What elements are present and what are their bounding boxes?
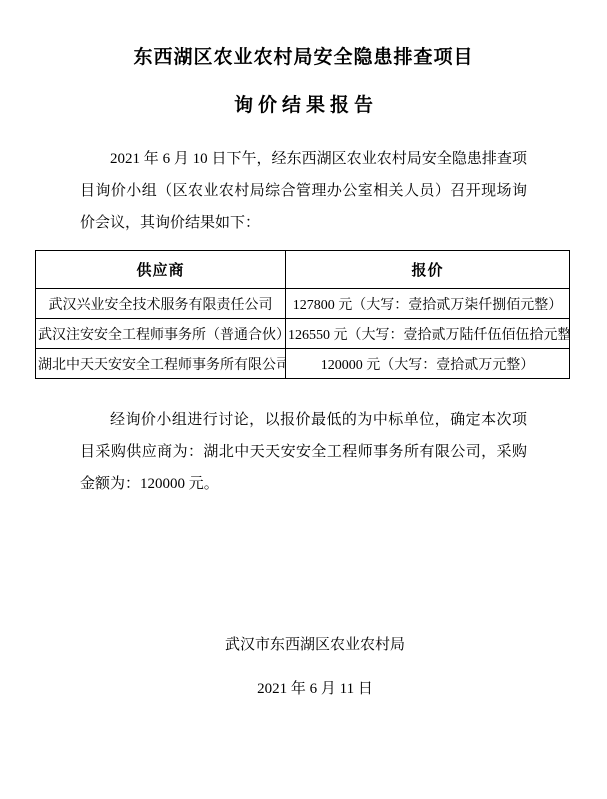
supplier-cell: 武汉兴业安全技术服务有限责任公司 (36, 289, 286, 319)
supplier-column-header: 供应商 (36, 251, 286, 289)
table-header-row: 供应商 报价 (36, 251, 570, 289)
document-title-line1: 东西湖区农业农村局安全隐患排查项目 (0, 46, 607, 70)
price-cell: 126550 元（大写：壹拾贰万陆仟伍佰伍拾元整） (286, 319, 570, 349)
supplier-cell: 武汉注安安全工程师事务所（普通合伙） (36, 319, 286, 349)
signature-date: 2021 年 6 月 11 日 (23, 681, 607, 698)
signature-organization: 武汉市东西湖区农业农村局 (23, 637, 607, 654)
conclusion-paragraph: 经询价小组进行讨论，以报价最低的为中标单位，确定本次项目采购供应商为：湖北中天天… (80, 404, 527, 500)
table-row: 武汉注安安全工程师事务所（普通合伙） 126550 元（大写：壹拾贰万陆仟伍佰伍… (36, 319, 570, 349)
table-row: 湖北中天天安安全工程师事务所有限公司 120000 元（大写：壹拾贰万元整） (36, 349, 570, 379)
table-row: 武汉兴业安全技术服务有限责任公司 127800 元（大写：壹拾贰万柒仟捌佰元整） (36, 289, 570, 319)
supplier-cell: 湖北中天天安安全工程师事务所有限公司 (36, 349, 286, 379)
document-title-line2: 询价结果报告 (0, 94, 607, 118)
intro-paragraph: 2021 年 6 月 10 日下午，经东西湖区农业农村局安全隐患排查项目询价小组… (80, 143, 527, 239)
document-page: 东西湖区农业农村局安全隐患排查项目 询价结果报告 2021 年 6 月 10 日… (0, 0, 607, 799)
quotation-table: 供应商 报价 武汉兴业安全技术服务有限责任公司 127800 元（大写：壹拾贰万… (35, 250, 570, 379)
price-cell: 120000 元（大写：壹拾贰万元整） (286, 349, 570, 379)
price-cell: 127800 元（大写：壹拾贰万柒仟捌佰元整） (286, 289, 570, 319)
price-column-header: 报价 (286, 251, 570, 289)
